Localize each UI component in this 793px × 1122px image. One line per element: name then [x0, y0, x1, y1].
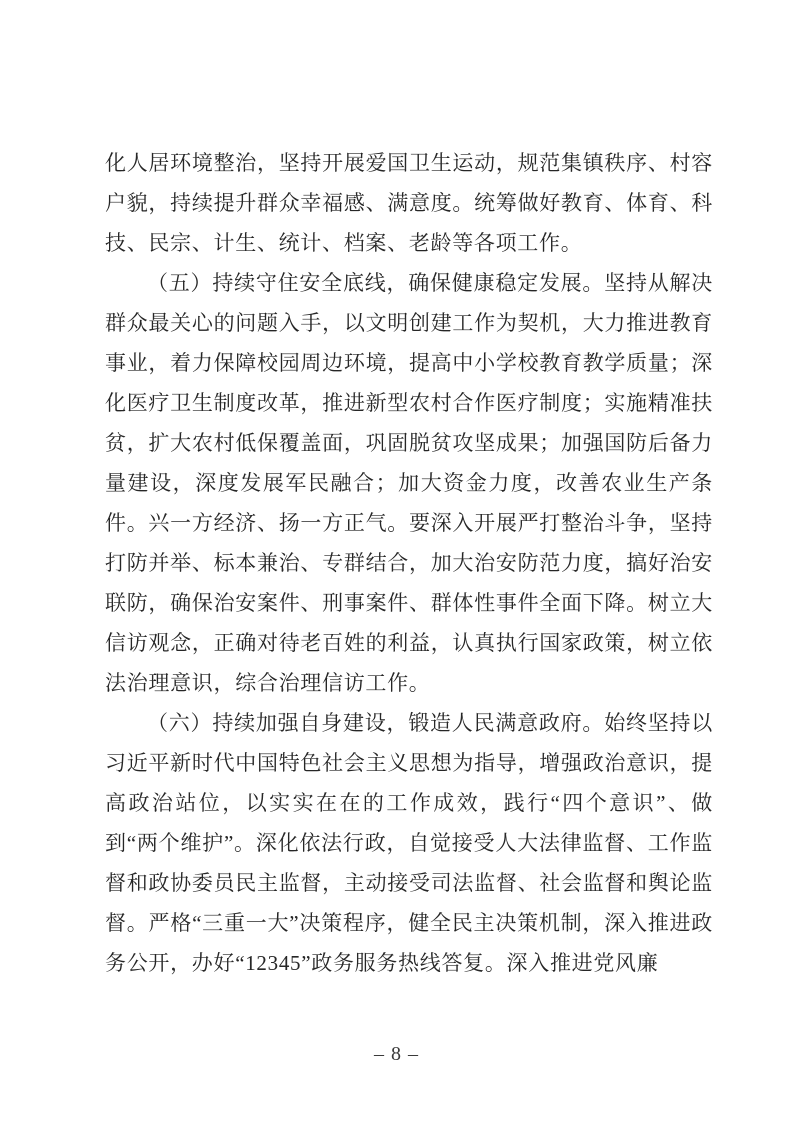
paragraph-section-6: （六）持续加强自身建设，锻造人民满意政府。始终坚持以习近平新时代中国特色社会主义… — [105, 703, 713, 983]
document-body: 化人居环境整治，坚持开展爱国卫生运动，规范集镇秩序、村容户貌，持续提升群众幸福感… — [105, 143, 713, 983]
document-page: 化人居环境整治，坚持开展爱国卫生运动，规范集镇秩序、村容户貌，持续提升群众幸福感… — [0, 0, 793, 1122]
paragraph-continuation: 化人居环境整治，坚持开展爱国卫生运动，规范集镇秩序、村容户貌，持续提升群众幸福感… — [105, 143, 713, 263]
page-number: – 8 – — [0, 1042, 793, 1066]
paragraph-section-5: （五）持续守住安全底线，确保健康稳定发展。坚持从解决群众最关心的问题入手，以文明… — [105, 263, 713, 703]
